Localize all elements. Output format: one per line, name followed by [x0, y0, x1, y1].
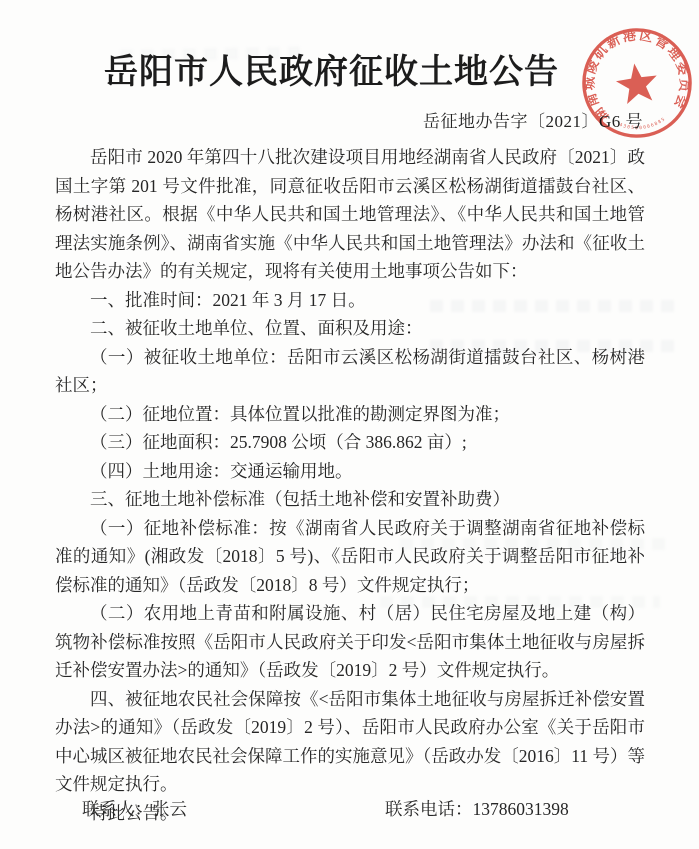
body-paragraph: （一）征地补偿标准：按《湖南省人民政府关于调整湖南省征地补偿标准的通知》(湘政发… [55, 514, 645, 600]
official-seal: 湖南城陵矶新港区管理委员会 430500006885 [570, 16, 699, 149]
body-paragraph: （一）被征收土地单位：岳阳市云溪区松杨湖街道擂鼓台社区、杨树港社区； [55, 343, 645, 400]
body-paragraph: 二、被征收土地单位、位置、面积及用途： [55, 314, 645, 343]
body-paragraph: （二）农用地上青苗和附属设施、村（居）民住宅房屋及地上建（构）筑物补偿标准按照《… [55, 599, 645, 685]
contact-person: 联系人：张云 [82, 796, 187, 821]
body-paragraph: 三、征地土地补偿标准（包括土地补偿和安置补助费） [55, 485, 645, 514]
document-page: 岳阳市人民政府征收土地公告 岳征地办告字〔2021〕G6 号 湖南城陵矶新港区管… [0, 0, 699, 849]
contact-phone: 联系电话：13786031398 [385, 796, 569, 821]
body-paragraph: （三）征地面积：25.7908 公顷（合 386.862 亩）; [55, 428, 645, 457]
document-body: 岳阳市 2020 年第四十八批次建设项目用地经湖南省人民政府〔2021〕政国土字… [55, 143, 645, 827]
body-paragraph: 岳阳市 2020 年第四十八批次建设项目用地经湖南省人民政府〔2021〕政国土字… [55, 143, 645, 286]
official-seal-graphic: 湖南城陵矶新港区管理委员会 430500006885 [570, 16, 699, 149]
body-paragraph: 一、批准时间：2021 年 3 月 17 日。 [55, 286, 645, 315]
body-paragraph: 四、被征地农民社会保障按《<岳阳市集体土地征收与房屋拆迁补偿安置办法>的通知》（… [55, 685, 645, 799]
seal-star-icon [614, 61, 660, 105]
body-paragraph: （二）征地位置：具体位置以批准的勘测定界图为准； [55, 400, 645, 429]
body-paragraph: （四）土地用途：交通运输用地。 [55, 457, 645, 486]
